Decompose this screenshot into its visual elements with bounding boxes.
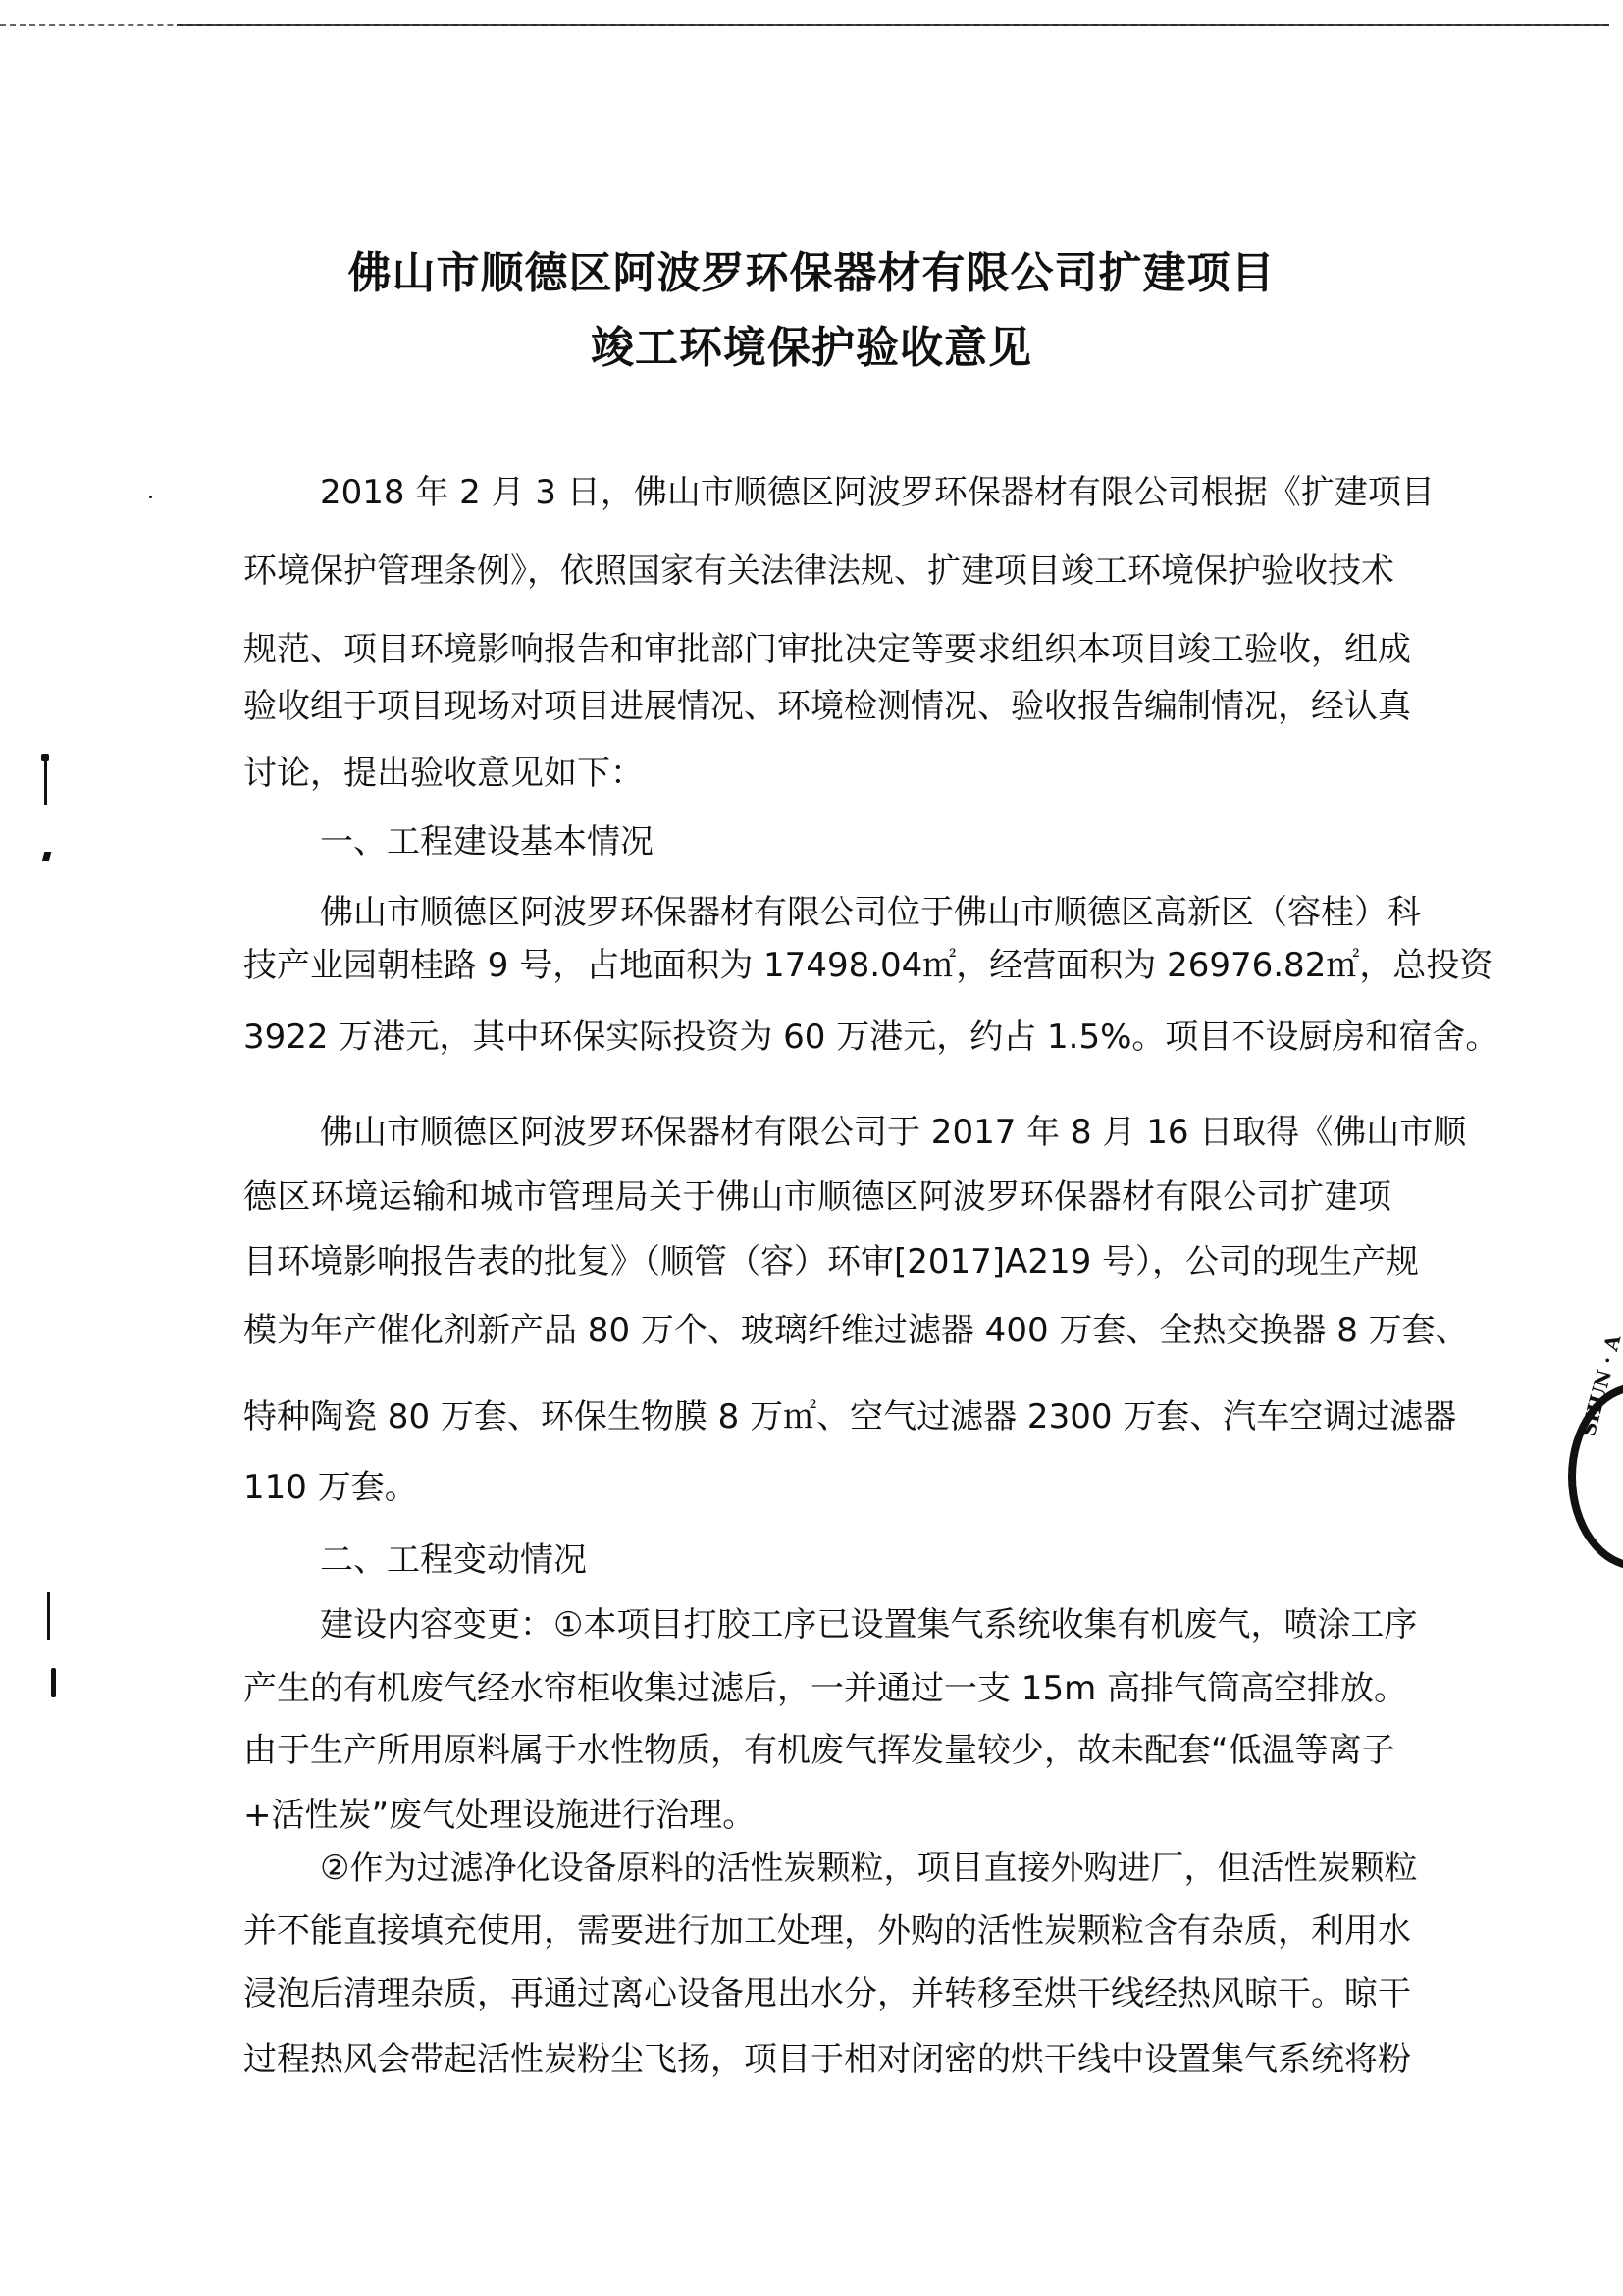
body-line: +活性炭”废气处理设施进行治理。 <box>243 1792 1391 1839</box>
body-line: 佛山市顺德区阿波罗环保器材有限公司于 2017 年 8 月 16 日取得《佛山市… <box>320 1109 1391 1156</box>
binding-mark <box>44 756 47 805</box>
document-title-line-2: 竣工环境保护验收意见 <box>0 312 1623 375</box>
body-line: 特种陶瓷 80 万套、环保生物膜 8 万㎡、空气过滤器 2300 万套、汽车空调… <box>243 1393 1391 1440</box>
section-heading-2: 二、工程变动情况 <box>320 1537 587 1584</box>
body-line: 2018 年 2 月 3 日，佛山市顺德区阿波罗环保器材有限公司根据《扩建项目 <box>320 469 1391 516</box>
body-line: 验收组于项目现场对项目进展情况、环境检测情况、验收报告编制情况，经认真 <box>243 683 1391 730</box>
body-line: 110 万套。 <box>243 1464 1391 1511</box>
binding-mark <box>51 1668 56 1697</box>
scan-speck <box>149 496 152 498</box>
body-line: ②作为过滤净化设备原料的活性炭颗粒，项目直接外购进厂，但活性炭颗粒 <box>320 1845 1391 1892</box>
body-line: 由于生产所用原料属于水性物质，有机废气挥发量较少，故未配套“低温等离子 <box>243 1727 1391 1774</box>
document-title-line-1: 佛山市顺德区阿波罗环保器材有限公司扩建项目 <box>0 237 1623 300</box>
body-line: 产生的有机废气经水帘柜收集过滤后，一并通过一支 15m 高排气筒高空排放。 <box>243 1665 1391 1712</box>
binding-mark <box>41 754 49 761</box>
binding-mark <box>42 852 52 861</box>
body-line: 并不能直接填充使用，需要进行加工处理，外购的活性炭颗粒含有杂质，利用水 <box>243 1907 1391 1955</box>
body-line: 环境保护管理条例》，依照国家有关法律法规、扩建项目竣工环境保护验收技术 <box>243 548 1391 595</box>
body-line: 技产业园朝桂路 9 号，占地面积为 17498.04㎡，经营面积为 26976.… <box>243 942 1391 989</box>
body-line: 建设内容变更：①本项目打胶工序已设置集气系统收集有机废气，喷涂工序 <box>320 1601 1391 1648</box>
binding-mark <box>47 1592 50 1640</box>
body-line: 3922 万港元，其中环保实际投资为 60 万港元，约占 1.5%。项目不设厨房… <box>243 1014 1391 1061</box>
body-line: 浸泡后清理杂质，再通过离心设备甩出水分，并转移至烘干线经热风晾干。晾干 <box>243 1970 1391 2017</box>
body-line: 过程热风会带起活性炭粉尘飞扬，项目于相对闭密的烘干线中设置集气系统将粉 <box>243 2036 1391 2083</box>
body-line: 德区环境运输和城市管理局关于佛山市顺德区阿波罗环保器材有限公司扩建项 <box>243 1174 1391 1221</box>
body-line: 佛山市顺德区阿波罗环保器材有限公司位于佛山市顺德区高新区（容桂）科 <box>320 889 1391 936</box>
body-line: 目环境影响报告表的批复》（顺管（容）环审[2017]A219 号），公司的现生产… <box>243 1238 1391 1285</box>
body-line: 模为年产催化剂新产品 80 万个、玻璃纤维过滤器 400 万套、全热交换器 8 … <box>243 1307 1391 1354</box>
body-line: 讨论，提出验收意见如下： <box>243 750 1391 797</box>
body-line: 规范、项目环境影响报告和审批部门审批决定等要求组织本项目竣工验收，组成 <box>243 626 1391 673</box>
top-solid-rule <box>177 24 1609 26</box>
section-heading-1: 一、工程建设基本情况 <box>320 818 654 865</box>
